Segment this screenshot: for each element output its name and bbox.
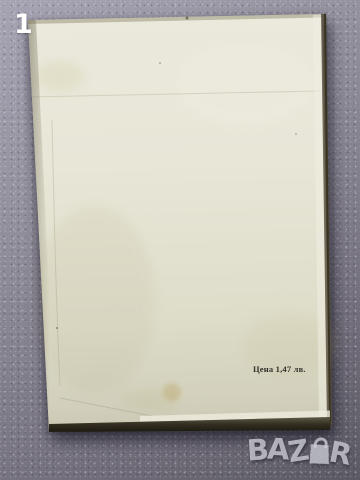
cover-stain xyxy=(120,390,180,410)
cover-speck xyxy=(56,327,58,329)
photo-counter-overlay: 1 xyxy=(14,11,33,38)
cover-light-patch xyxy=(175,45,315,125)
photo-of-book-back-cover: Цена 1,47 лв. 1 B A Z R xyxy=(0,0,360,480)
watermark-letter-r: R xyxy=(326,437,352,469)
bazar-watermark: B A Z R xyxy=(247,433,350,465)
book-back-cover: Цена 1,47 лв. xyxy=(0,0,360,480)
price-label: Цена 1,47 лв. xyxy=(253,364,306,374)
cover-speck xyxy=(295,133,297,135)
cover-speck xyxy=(159,62,161,64)
cover-stain xyxy=(35,205,155,395)
cover-stain xyxy=(36,61,84,91)
watermark-letter-b: B xyxy=(246,435,268,465)
